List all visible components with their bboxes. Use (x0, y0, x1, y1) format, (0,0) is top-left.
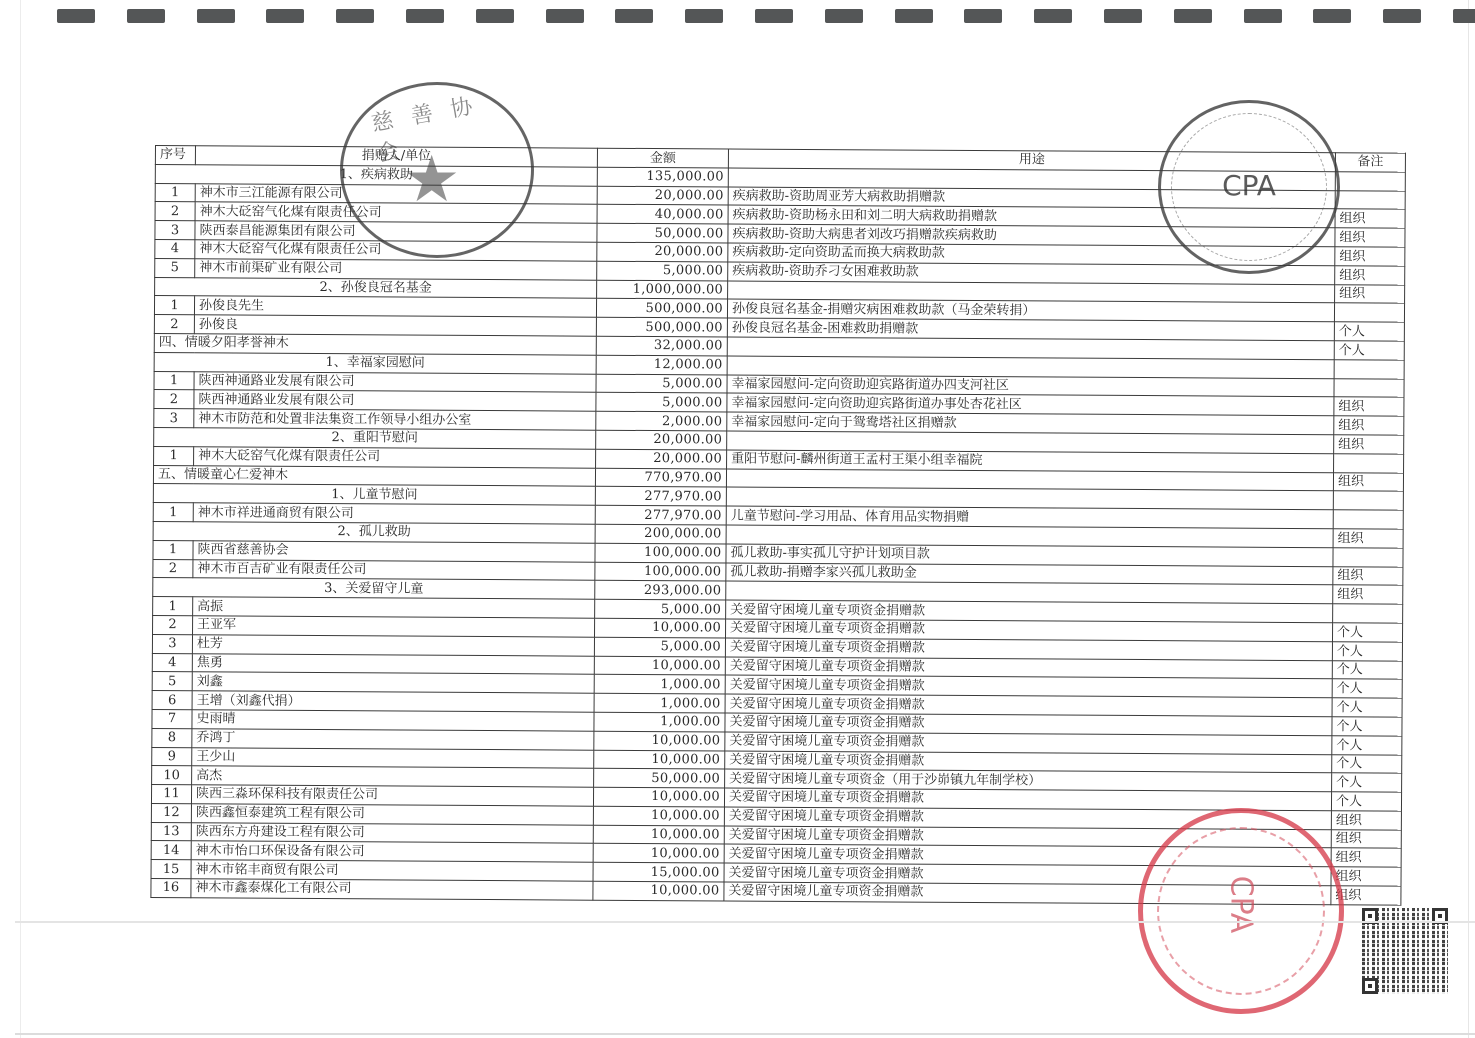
note: 组织 (1335, 228, 1405, 247)
row-no: 12 (151, 803, 191, 822)
donor-name: 王增（刘鑫代捐） (192, 691, 594, 712)
amount: 10,000.00 (594, 656, 725, 676)
donation-table-container: 序号 捐赠人/单位 金额 用途 备注 1、疾病救助135,000.001神木市三… (150, 145, 1405, 905)
amount: 5,000.00 (595, 599, 726, 619)
amount: 5,000.00 (596, 393, 727, 413)
row-no: 5 (152, 672, 192, 691)
purpose: 关爱留守困境儿童专项资金捐赠款 (724, 882, 1331, 905)
note: 组织 (1335, 265, 1405, 284)
amount: 1,000.00 (594, 693, 725, 713)
row-no: 4 (155, 239, 195, 258)
row-no: 1 (154, 371, 194, 390)
donor-name: 王亚军 (193, 616, 595, 637)
row-no: 13 (151, 822, 191, 841)
donor-name: 陕西省慈善协会 (193, 540, 595, 561)
donor-name: 神木市三江能源有限公司 (195, 183, 597, 204)
donor-name: 神木市百吉矿业有限责任公司 (193, 559, 595, 580)
row-no: 2 (153, 615, 193, 634)
amount: 12,000.00 (596, 355, 727, 375)
perforation-mark (895, 9, 933, 23)
amount: 100,000.00 (595, 543, 726, 563)
donor-name: 焦勇 (192, 653, 594, 674)
row-no: 1 (154, 446, 194, 465)
amount: 1,000.00 (594, 675, 725, 695)
note: 个人 (1332, 679, 1402, 698)
donor-name: 高杰 (192, 766, 594, 787)
perforation-mark (476, 9, 514, 23)
note: 组织 (1333, 472, 1403, 491)
note: 个人 (1331, 792, 1401, 811)
row-no: 1 (153, 597, 193, 616)
perforation-mark (1313, 9, 1351, 23)
header-donor: 捐赠人/单位 (195, 146, 597, 167)
amount: 277,970.00 (595, 505, 726, 525)
perforation-mark (1453, 9, 1475, 23)
donor-name: 神木市怡口环保设备有限公司 (191, 841, 593, 862)
amount: 32,000.00 (596, 336, 727, 356)
amount: 770,970.00 (595, 468, 726, 488)
note: 个人 (1332, 773, 1402, 792)
donor-name: 王少山 (192, 747, 594, 768)
amount: 5,000.00 (596, 374, 727, 394)
amount: 20,000.00 (597, 186, 728, 206)
divider (15, 921, 1475, 923)
amount: 10,000.00 (593, 825, 724, 845)
donor-name: 孙俊良 (194, 315, 596, 336)
note (1335, 172, 1405, 191)
perforation-mark (964, 9, 1002, 23)
amount: 10,000.00 (593, 806, 724, 826)
note: 组织 (1334, 416, 1404, 435)
amount: 10,000.00 (594, 750, 725, 770)
donor-name: 刘鑫 (192, 672, 594, 693)
amount: 20,000.00 (597, 242, 728, 262)
amount: 10,000.00 (593, 787, 724, 807)
row-no: 2 (154, 315, 194, 334)
note (1334, 359, 1404, 378)
note: 组织 (1334, 397, 1404, 416)
note: 个人 (1332, 735, 1402, 754)
row-no: 9 (152, 747, 192, 766)
amount: 15,000.00 (593, 862, 724, 882)
note: 组织 (1331, 848, 1401, 867)
donor-name: 杜芳 (192, 634, 594, 655)
perforation-mark (615, 9, 653, 23)
note (1334, 303, 1404, 322)
amount: 1,000.00 (594, 712, 725, 732)
note: 组织 (1331, 886, 1401, 905)
note: 个人 (1332, 754, 1402, 773)
row-no: 14 (151, 841, 191, 860)
row-no: 15 (151, 860, 191, 879)
perforation-mark (1174, 9, 1212, 23)
amount: 10,000.00 (593, 881, 724, 901)
note: 组织 (1331, 811, 1401, 830)
perforation-mark (825, 9, 863, 23)
note: 个人 (1332, 623, 1402, 642)
page-edge (20, 0, 21, 1038)
amount: 200,000.00 (595, 524, 726, 544)
amount: 10,000.00 (594, 731, 725, 751)
amount: 10,000.00 (593, 844, 724, 864)
note (1333, 510, 1403, 529)
note (1333, 491, 1403, 510)
row-no: 1 (155, 183, 195, 202)
row-no: 10 (152, 766, 192, 785)
amount: 40,000.00 (597, 205, 728, 225)
perforation-mark (1383, 9, 1421, 23)
donor-name: 神木市铭丰商贸有限公司 (191, 860, 593, 881)
donor-name: 神木大砭窑气化煤有限责任公司 (195, 202, 597, 223)
amount: 5,000.00 (594, 637, 725, 657)
row-no: 1 (153, 540, 193, 559)
note: 组织 (1331, 829, 1401, 848)
donor-name: 陕西神通路业发展有限公司 (194, 371, 596, 392)
donor-name: 陕西三淼环保科技有限责任公司 (191, 785, 593, 806)
row-no: 1 (153, 503, 193, 522)
note (1333, 604, 1403, 623)
donor-name: 孙俊良先生 (194, 296, 596, 317)
perforation-mark (57, 9, 95, 23)
row-no: 2 (153, 559, 193, 578)
note: 个人 (1334, 341, 1404, 360)
section-title: 五、情暖童心仁爱神木 (153, 465, 595, 486)
perforation-mark (336, 9, 374, 23)
amount: 20,000.00 (596, 430, 727, 450)
note: 个人 (1332, 717, 1402, 736)
amount: 135,000.00 (597, 167, 728, 187)
amount: 500,000.00 (596, 317, 727, 337)
row-no: 11 (151, 785, 191, 804)
perforation-mark (755, 9, 793, 23)
amount: 1,000,000.00 (597, 280, 728, 300)
donor-name: 神木市前渠矿业有限公司 (195, 259, 597, 280)
note: 个人 (1332, 660, 1402, 679)
perforation-mark (127, 9, 165, 23)
row-no: 6 (152, 691, 192, 710)
amount: 10,000.00 (595, 618, 726, 638)
note: 组织 (1334, 435, 1404, 454)
row-no: 2 (154, 390, 194, 409)
donor-name: 神木大砭窑气化煤有限责任公司 (194, 446, 596, 467)
note (1333, 547, 1403, 566)
row-no: 3 (155, 221, 195, 240)
row-no: 16 (151, 879, 191, 898)
donor-name: 乔鸿丁 (192, 728, 594, 749)
amount: 50,000.00 (597, 223, 728, 243)
note: 个人 (1332, 698, 1402, 717)
amount: 50,000.00 (594, 768, 725, 788)
donor-name: 陕西鑫恒泰建筑工程有限公司 (191, 804, 593, 825)
row-no: 3 (154, 409, 194, 428)
note (1335, 190, 1405, 209)
amount: 2,000.00 (596, 411, 727, 431)
section-title: 四、情暖夕阳孝誉神木 (154, 333, 596, 354)
amount: 277,970.00 (595, 487, 726, 507)
perforation-mark (197, 9, 235, 23)
note: 个人 (1334, 322, 1404, 341)
donor-name: 陕西东方舟建设工程有限公司 (191, 822, 593, 843)
row-no: 1 (154, 296, 194, 315)
note: 个人 (1332, 641, 1402, 660)
header-amount: 金额 (597, 148, 728, 168)
header-note: 备注 (1335, 153, 1405, 172)
amount: 5,000.00 (597, 261, 728, 281)
amount: 100,000.00 (595, 562, 726, 582)
perforation-strip (0, 9, 1475, 25)
donor-name: 神木市鑫泰煤化工有限公司 (191, 879, 593, 900)
row-no: 5 (155, 258, 195, 277)
table-body: 1、疾病救助135,000.001神木市三江能源有限公司20,000.00疾病救… (151, 164, 1405, 905)
note: 组织 (1335, 284, 1405, 303)
note (1334, 453, 1404, 472)
donor-name: 神木大砭窑气化煤有限责任公司 (195, 240, 597, 261)
note (1334, 378, 1404, 397)
row-no: 8 (152, 728, 192, 747)
donor-name: 高振 (193, 597, 595, 618)
note: 组织 (1331, 867, 1401, 886)
row-no: 2 (155, 202, 195, 221)
donor-name: 陕西神通路业发展有限公司 (194, 390, 596, 411)
donor-name: 史雨晴 (192, 710, 594, 731)
divider (15, 1033, 1475, 1035)
row-no: 4 (152, 653, 192, 672)
donor-name: 神木市祥进通商贸有限公司 (193, 503, 595, 524)
donation-table: 序号 捐赠人/单位 金额 用途 备注 1、疾病救助135,000.001神木市三… (150, 145, 1406, 905)
page-edge (1468, 0, 1469, 1038)
row-no: 3 (152, 634, 192, 653)
amount: 500,000.00 (596, 299, 727, 319)
perforation-mark (1244, 9, 1282, 23)
header-no: 序号 (155, 146, 195, 165)
note: 组织 (1333, 566, 1403, 585)
note: 组织 (1335, 247, 1405, 266)
perforation-mark (1034, 9, 1072, 23)
row-no: 7 (152, 709, 192, 728)
donor-name: 神木市防范和处置非法集资工作领导小组办公室 (194, 409, 596, 430)
donor-name: 陕西泰昌能源集团有限公司 (195, 221, 597, 242)
amount: 293,000.00 (595, 581, 726, 601)
perforation-mark (1104, 9, 1142, 23)
note: 组织 (1335, 209, 1405, 228)
note: 组织 (1333, 585, 1403, 604)
perforation-mark (546, 9, 584, 23)
note: 组织 (1333, 529, 1403, 548)
amount: 20,000.00 (596, 449, 727, 469)
perforation-mark (685, 9, 723, 23)
perforation-mark (266, 9, 304, 23)
perforation-mark (406, 9, 444, 23)
